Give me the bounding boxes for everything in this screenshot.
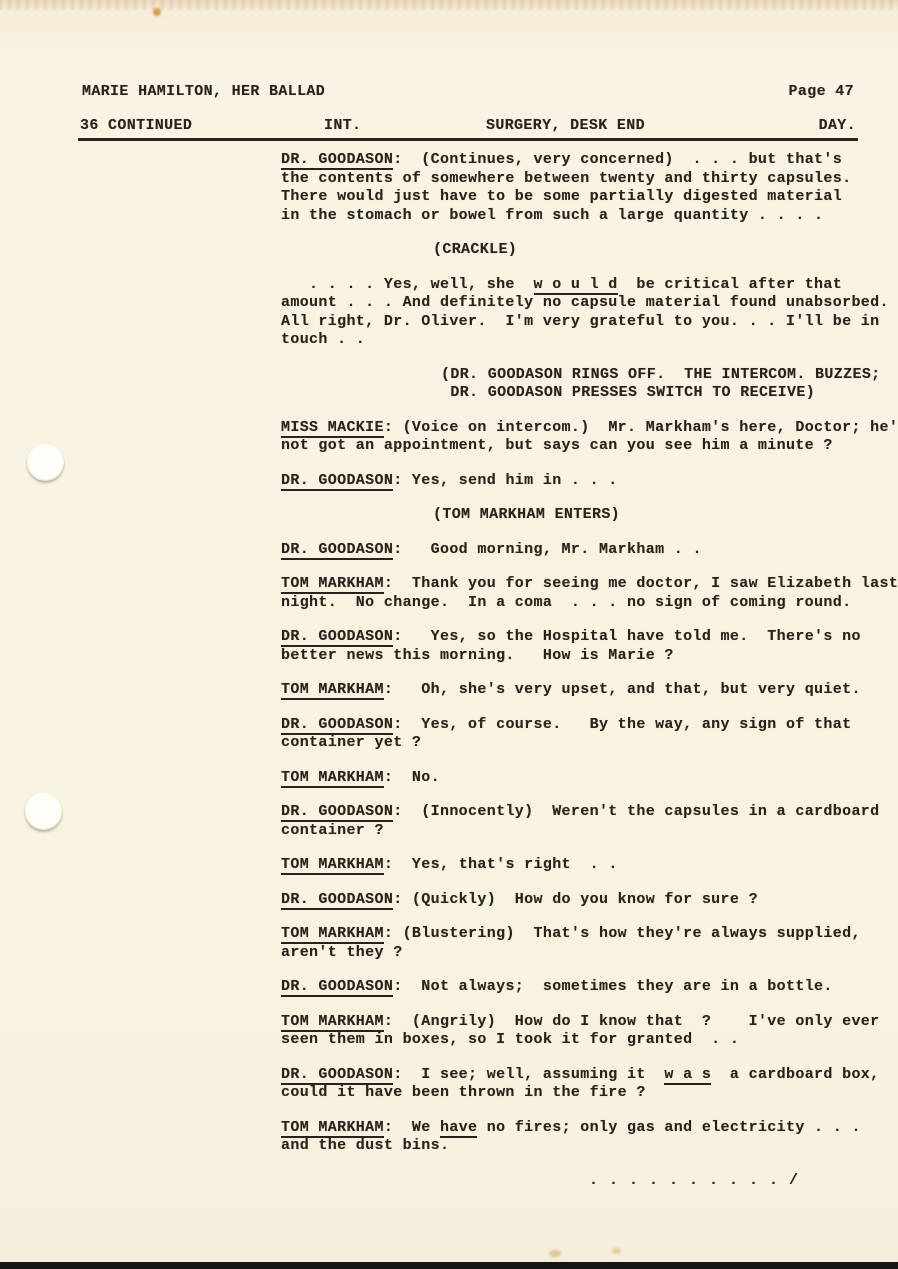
scene-time: DAY. [819,117,856,134]
dialogue-continuation: . . . . Yes, well, she w o u l d be crit… [281,276,893,350]
dialogue-block: TOM MARKHAM: (Blustering) That's how the… [281,925,893,962]
dialogue-block: TOM MARKHAM: (Angrily) How do I know tha… [281,1013,893,1050]
screenplay-page: MARIE HAMILTON, HER BALLAD Page 47 36 CO… [0,0,898,1269]
dialogue-block: TOM MARKHAM: Oh, she's very upset, and t… [281,681,893,700]
dialogue-block: DR. GOODASON: Good morning, Mr. Markham … [281,541,893,560]
speaker-name: DR. GOODASON [281,1066,393,1085]
dialogue-block: DR. GOODASON: (Quickly) How do you know … [281,891,893,910]
speaker-name: DR. GOODASON [281,472,393,491]
dialogue-block: TOM MARKHAM: Yes, that's right . . [281,856,893,875]
speaker-name: TOM MARKHAM [281,575,384,594]
punch-hole [25,793,62,830]
speaker-name: DR. GOODASON [281,891,393,910]
scan-top-edge [0,0,898,10]
scene-int-ext: INT. [324,117,361,134]
dialogue-block: DR. GOODASON: (Innocently) Weren't the c… [281,803,893,840]
speaker-name: TOM MARKHAM [281,1119,384,1138]
dialogue-block: TOM MARKHAM: No. [281,769,893,788]
underlined-word: w o u l d [534,276,618,295]
stage-direction: (DR. GOODASON RINGS OFF. THE INTERCOM. B… [441,366,893,403]
punch-hole [27,444,64,481]
dialogue-block: TOM MARKHAM: Thank you for seeing me doc… [281,575,893,612]
speaker-name: TOM MARKHAM [281,1013,384,1032]
stage-direction: (CRACKLE) [433,241,893,260]
speaker-name: TOM MARKHAM [281,681,384,700]
dialogue-block: DR. GOODASON: Yes, so the Hospital have … [281,628,893,665]
dialogue-block: MISS MACKIE: (Voice on intercom.) Mr. Ma… [281,419,893,456]
speaker-name: DR. GOODASON [281,628,393,647]
speaker-name: TOM MARKHAM [281,856,384,875]
stage-direction: (TOM MARKHAM ENTERS) [433,506,893,525]
dialogue-block: DR. GOODASON: Yes, send him in . . . [281,472,893,491]
speaker-name: DR. GOODASON [281,541,393,560]
speaker-name: MISS MACKIE [281,419,384,438]
underlined-word: have [440,1119,477,1138]
dialogue-block: DR. GOODASON: I see; well, assuming it w… [281,1066,893,1103]
speaker-name: DR. GOODASON [281,151,393,170]
speaker-name: DR. GOODASON [281,803,393,822]
speaker-name: DR. GOODASON [281,978,393,997]
paper-stain [549,1250,561,1257]
scene-number: 36 CONTINUED [80,117,192,134]
scene-heading: 36 CONTINUED INT. SURGERY, DESK END DAY. [78,117,858,141]
script-title: MARIE HAMILTON, HER BALLAD [82,83,325,100]
scan-bottom-edge [0,1262,898,1269]
dialogue-block: DR. GOODASON: Not always; sometimes they… [281,978,893,997]
continuation-mark: . . . . . . . . . . / [589,1172,893,1191]
script-body: DR. GOODASON: (Continues, very concerned… [281,151,893,1190]
scene-location: SURGERY, DESK END [486,117,645,134]
paper-stain [612,1248,621,1254]
dialogue-block: TOM MARKHAM: We have no fires; only gas … [281,1119,893,1156]
speaker-name: TOM MARKHAM [281,769,384,788]
dialogue-block: DR. GOODASON: (Continues, very concerned… [281,151,893,225]
speaker-name: DR. GOODASON [281,716,393,735]
paper-stain [153,8,161,16]
page-number: Page 47 [789,83,854,100]
speaker-name: TOM MARKHAM [281,925,384,944]
underlined-word: w a s [664,1066,711,1085]
dialogue-block: DR. GOODASON: Yes, of course. By the way… [281,716,893,753]
